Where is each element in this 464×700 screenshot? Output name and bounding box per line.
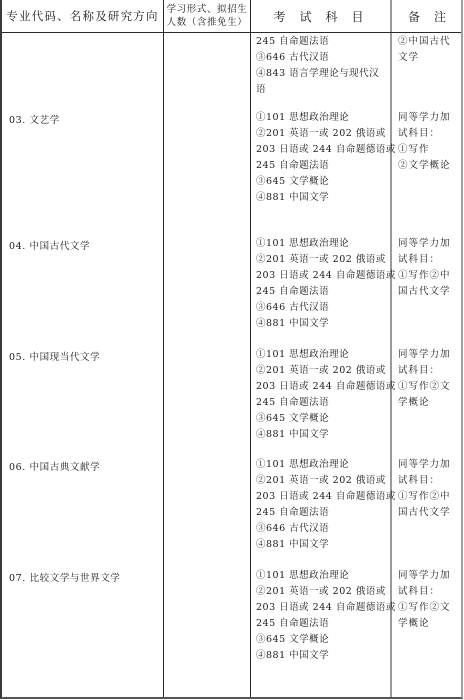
exam-subjects: ①101 思想政治理论 ②201 英语一或 202 俄语或 203 日语或 24… [256,110,390,206]
major-name: 05. 中国现当代文学 [9,349,100,363]
exam-line: ①101 思想政治理论 [256,347,390,363]
note-line: 试科目： [398,363,460,379]
note-line: 试科目： [398,126,460,142]
exam-subjects: ①101 思想政治理论 ②201 英语一或 202 俄语或 203 日语或 24… [256,347,390,443]
note-line: 同等学力加 [398,347,460,363]
notes: 同等学力加 试科目： ①写作②文 学概论 [398,568,460,632]
admissions-table: 专业代码、名称及研究方向 学习形式、拟招生 人数（含推免生） 考试科目 备注 2… [0,0,463,699]
exam-line: ④843 语言学理论与现代汉 [256,66,390,82]
note-line: ②中国古代 [398,34,460,50]
major-name: 06. 中国古典文献学 [9,459,100,473]
header-exam-subjects: 考试科目 [251,0,390,32]
exam-line: ④881 中国文学 [256,190,390,206]
exam-line: ④881 中国文学 [256,648,390,664]
exam-line: 203 日语或 244 自命题德语或 [256,268,390,284]
note-line: 同等学力加 [398,568,460,584]
note-line: 试科目： [398,252,460,268]
exam-line: ②201 英语一或 202 俄语或 [256,473,390,489]
exam-line: ④881 中国文学 [256,427,390,443]
notes: 同等学力加 试科目： ①写作②文 学概论 [398,347,460,411]
note-line: 学概论 [398,616,460,632]
note-line: 学概论 [398,395,460,411]
column-divider [250,0,251,697]
header-study-form-line2: 人数（含推免生） [167,16,248,29]
exam-line: ①101 思想政治理论 [256,457,390,473]
note-line: 国古代文学 [398,505,460,521]
exam-line: ③645 文学概论 [256,174,390,190]
major-name: 04. 中国古代文学 [9,238,90,252]
note-line: ①写作②文 [398,379,460,395]
exam-line: 203 日语或 244 自命题德语或 [256,489,390,505]
exam-line: 203 日语或 244 自命题德语或 [256,142,390,158]
exam-line: ③645 文学概论 [256,632,390,648]
header-notes: 备注 [392,0,464,32]
exam-line: 203 日语或 244 自命题德语或 [256,379,390,395]
major-name: 07. 比较文学与世界文学 [9,570,120,584]
header-exam-subjects-label: 考试科目 [273,8,377,25]
note-line: 文学 [398,50,460,66]
header-notes-label: 备注 [408,8,460,25]
exam-subjects: 245 自命题法语 ③646 古代汉语 ④843 语言学理论与现代汉 语 [256,34,390,98]
notes: 同等学力加 试科目： ①写作 ②文学概论 [398,110,460,174]
exam-line: ②201 英语一或 202 俄语或 [256,252,390,268]
note-line: ①写作②中 [398,268,460,284]
exam-line: ①101 思想政治理论 [256,236,390,252]
exam-line: ③646 古代汉语 [256,50,390,66]
exam-line: 245 自命题法语 [256,158,390,174]
exam-line: ①101 思想政治理论 [256,568,390,584]
exam-line: ④881 中国文学 [256,316,390,332]
exam-subjects: ①101 思想政治理论 ②201 英语一或 202 俄语或 203 日语或 24… [256,236,390,332]
exam-line: ②201 英语一或 202 俄语或 [256,126,390,142]
exam-line: ④881 中国文学 [256,537,390,553]
note-line: 同等学力加 [398,236,460,252]
column-divider [390,0,392,697]
header-major: 专业代码、名称及研究方向 [2,0,163,32]
exam-line: ③646 古代汉语 [256,521,390,537]
header-study-form: 学习形式、拟招生 人数（含推免生） [164,0,250,32]
note-line: 同等学力加 [398,110,460,126]
exam-line: ③645 文学概论 [256,411,390,427]
note-line: 试科目： [398,584,460,600]
note-line: 同等学力加 [398,457,460,473]
exam-line: ③646 古代汉语 [256,300,390,316]
note-line: 试科目： [398,473,460,489]
header-study-form-line1: 学习形式、拟招生 [167,3,248,16]
notes: ②中国古代 文学 [398,34,460,66]
note-line: ①写作②文 [398,600,460,616]
exam-subjects: ①101 思想政治理论 ②201 英语一或 202 俄语或 203 日语或 24… [256,568,390,664]
exam-line: 语 [256,82,390,98]
major-name: 03. 文艺学 [9,112,60,126]
column-divider [163,0,164,697]
exam-line: 245 自命题法语 [256,284,390,300]
note-line: 国古代文学 [398,284,460,300]
header-divider [2,32,461,33]
note-line: ②文学概论 [398,158,460,174]
exam-line: ②201 英语一或 202 俄语或 [256,363,390,379]
exam-line: ②201 英语一或 202 俄语或 [256,584,390,600]
notes: 同等学力加 试科目： ①写作②中 国古代文学 [398,457,460,521]
header-major-label: 专业代码、名称及研究方向 [6,8,158,24]
exam-subjects: ①101 思想政治理论 ②201 英语一或 202 俄语或 203 日语或 24… [256,457,390,553]
exam-line: 203 日语或 244 自命题德语或 [256,600,390,616]
notes: 同等学力加 试科目： ①写作②中 国古代文学 [398,236,460,300]
exam-line: 245 自命题法语 [256,395,390,411]
exam-line: ①101 思想政治理论 [256,110,390,126]
exam-line: 245 自命题法语 [256,505,390,521]
note-line: ①写作 [398,142,460,158]
note-line: ①写作②中 [398,489,460,505]
exam-line: 245 自命题法语 [256,616,390,632]
exam-line: 245 自命题法语 [256,34,390,50]
